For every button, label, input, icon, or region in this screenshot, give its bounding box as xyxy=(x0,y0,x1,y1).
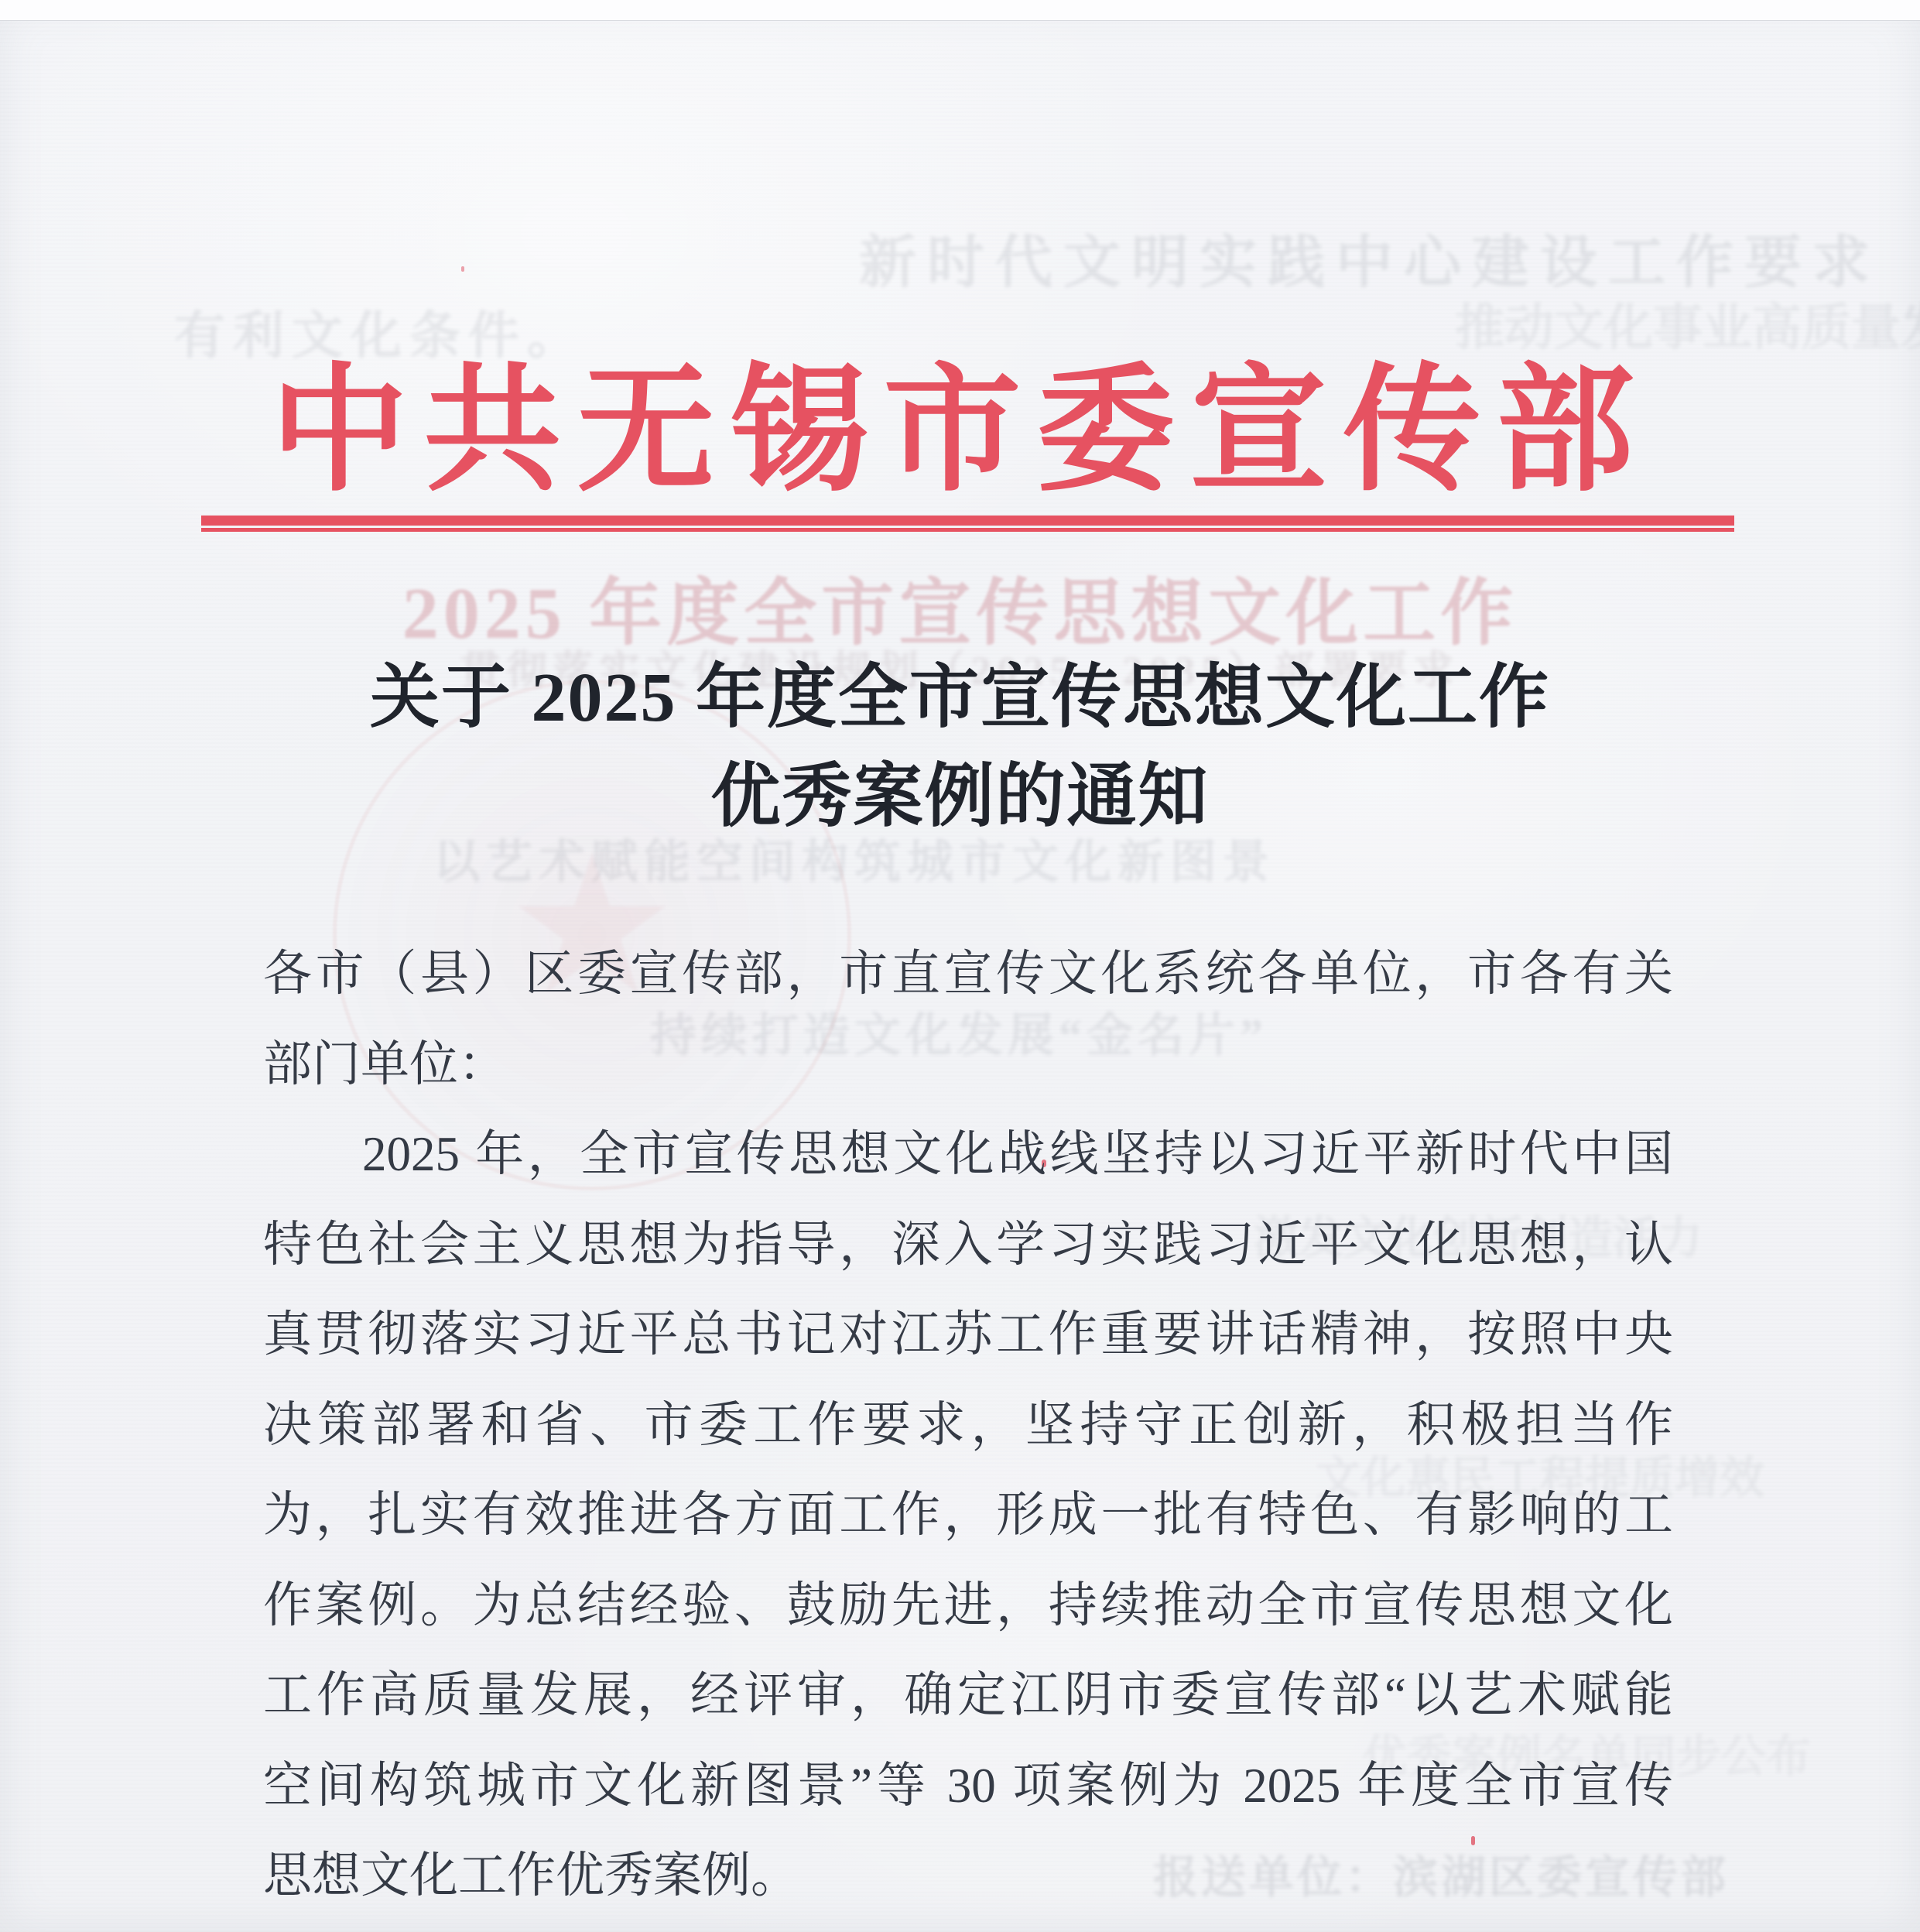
body-line: 决策部署和省、市委工作要求，坚持守正创新，积极担当作 xyxy=(263,1380,1673,1471)
salutation-line: 部门单位： xyxy=(263,1019,1673,1110)
body-line: 特色社会主义思想为指导，深入学习实践习近平文化思想，认 xyxy=(263,1200,1673,1290)
red-rule-thin-line xyxy=(201,528,1734,532)
bleed-through-fragment: 推动文化事业高质量发展 xyxy=(1455,288,1920,359)
body-line: 作案例。为总结经验、鼓励先进，持续推动全市宣传思想文化 xyxy=(263,1560,1673,1651)
body-line: 思想文化工作优秀案例。 xyxy=(263,1831,1673,1921)
agency-letterhead-title: 中共无锡市委宣传部 xyxy=(0,362,1920,500)
bleed-through-fragment: 新时代文明实践中心建设工作要求 xyxy=(859,217,1881,299)
scanned-document-page: 新时代文明实践中心建设工作要求 有利文化条件。 推动文化事业高质量发展 2025… xyxy=(0,0,1920,1932)
body-line: 工作高质量发展，经评审，确定江阴市委宣传部“以艺术赋能 xyxy=(263,1650,1673,1741)
document-body: 各市（县）区委宣传部，市直宣传文化系统各单位，市各有关 部门单位： 2025 年… xyxy=(263,929,1673,1921)
document-title: 关于 2025 年度全市宣传思想文化工作 优秀案例的通知 xyxy=(0,649,1920,847)
body-line: 2025 年，全市宣传思想文化战线坚持以习近平新时代中国 xyxy=(263,1109,1673,1200)
document-title-line2: 优秀案例的通知 xyxy=(0,748,1920,847)
red-rule-thick-line xyxy=(201,516,1734,526)
red-speck xyxy=(461,266,464,272)
red-separator-rule xyxy=(201,516,1734,532)
document-title-line1: 关于 2025 年度全市宣传思想文化工作 xyxy=(0,649,1920,748)
body-line: 空间构筑城市文化新图景”等 30 项案例为 2025 年度全市宣传 xyxy=(263,1741,1673,1831)
salutation-line: 各市（县）区委宣传部，市直宣传文化系统各单位，市各有关 xyxy=(263,929,1673,1019)
body-line: 为，扎实有效推进各方面工作，形成一批有特色、有影响的工 xyxy=(263,1470,1673,1560)
scan-edge-strip xyxy=(0,0,1920,21)
body-line: 真贯彻落实习近平总书记对江苏工作重要讲话精神，按照中央 xyxy=(263,1290,1673,1380)
